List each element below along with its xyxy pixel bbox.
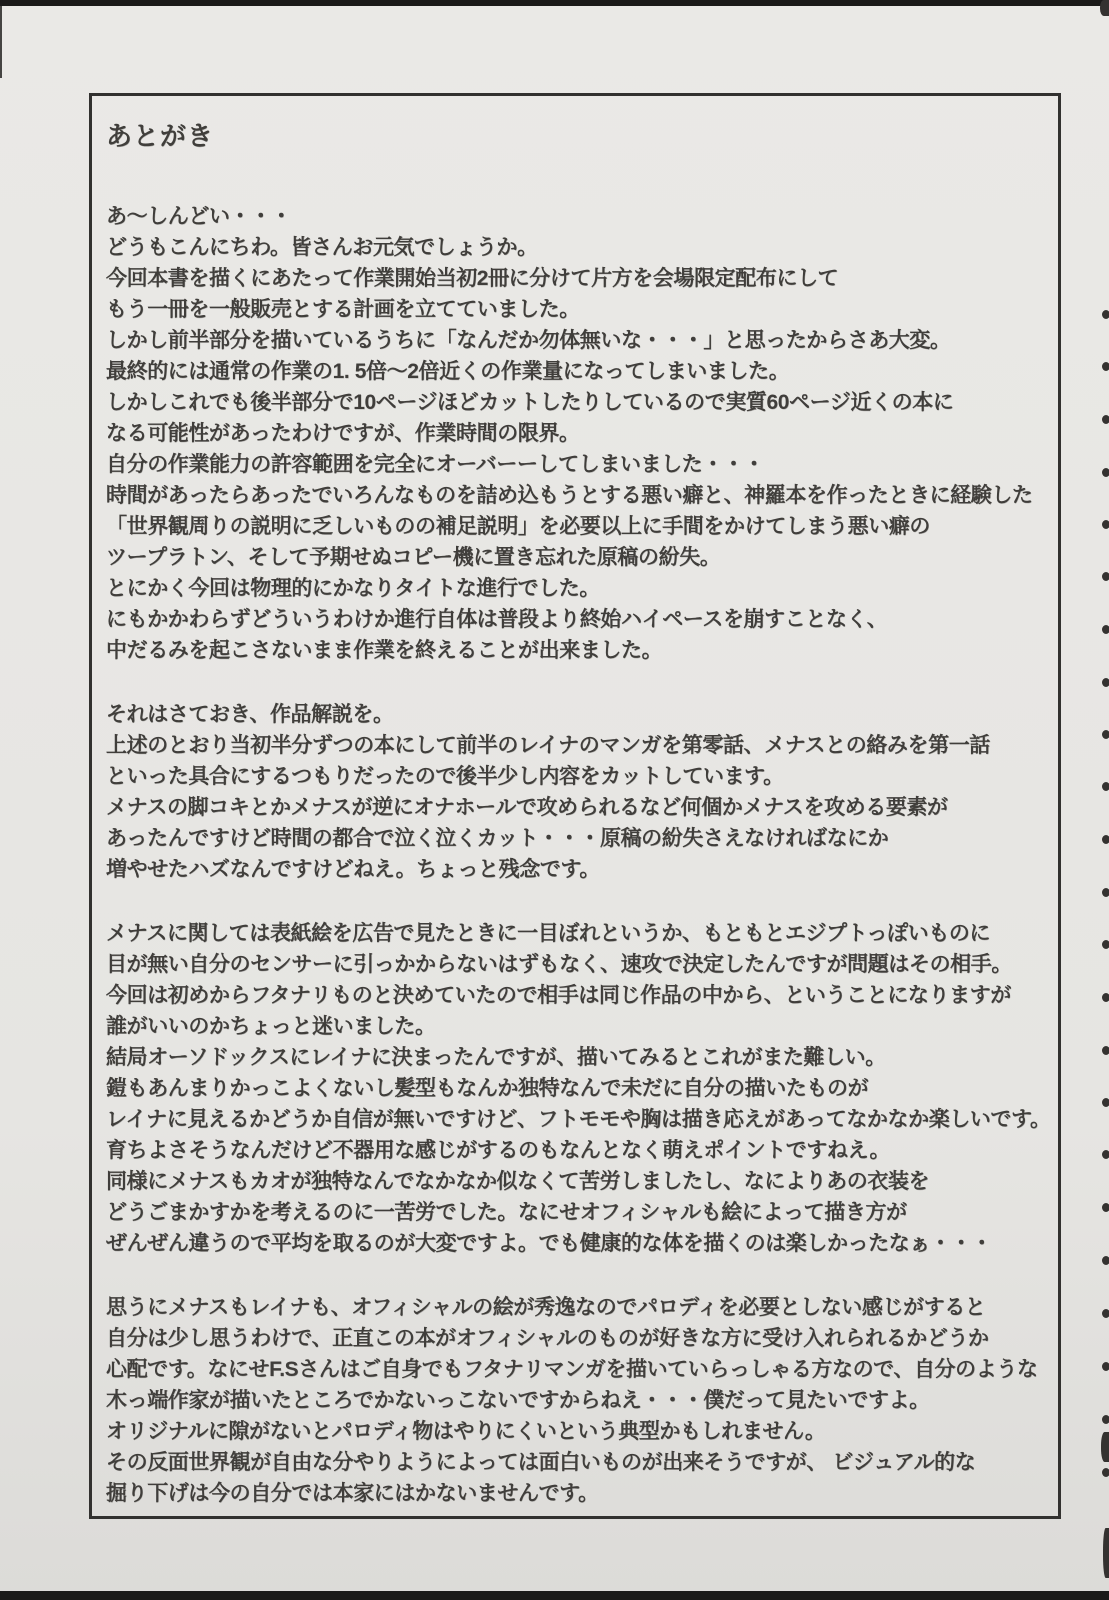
scan-speck [1102, 625, 1109, 634]
text-line: しかしこれでも後半部分で10ページほどカットしたりしているので実質60ページ近く… [106, 387, 1046, 418]
text-line: 鎧もあんまりかっこよくないし髪型もなんか独特なんで未だに自分の描いたものが [106, 1073, 1046, 1104]
scan-speck [1102, 940, 1109, 949]
text-line: あったんですけど時間の都合で泣く泣くカット・・・原稿の紛失さえなければなにか [106, 823, 1046, 854]
text-line: オリジナルに隙がないとパロディ物はやりにくいという典型かもしれません。 [106, 1416, 1046, 1447]
text-line: それはさておき、作品解説を。 [106, 699, 1046, 730]
paragraph: あ～しんどい・・・どうもこんにちわ。皆さんお元気でしょうか。今回本書を描くにあた… [106, 201, 1046, 666]
text-line: 最終的には通常の作業の1. 5倍～2倍近くの作業量になってしまいました。 [106, 356, 1046, 387]
text-line: ツープラトン、そして予期せぬコピー機に置き忘れた原稿の紛失。 [106, 542, 1046, 573]
scan-speck [1102, 468, 1109, 477]
text-line: どうごまかすかを考えるのに一苦労でした。なにせオフィシャルも絵によって描き方が [106, 1197, 1046, 1228]
text-line: とにかく今回は物理的にかなりタイトな進行でした。 [106, 573, 1046, 604]
text-line: あ～しんどい・・・ [106, 201, 1046, 232]
text-line: 上述のとおり当初半分ずつの本にして前半のレイナのマンガを第零話、メナスとの絡みを… [106, 730, 1046, 761]
scan-speck [1102, 782, 1109, 791]
text-line: 「世界観周りの説明に乏しいものの補足説明」を必要以上に手間をかけてしまう悪い癖の [106, 511, 1046, 542]
scanned-page: あとがき あ～しんどい・・・どうもこんにちわ。皆さんお元気でしょうか。今回本書を… [0, 0, 1109, 1600]
text-line: 自分は少し思うわけで、正直この本がオフィシャルのものが好きな方に受け入れられるか… [106, 1323, 1046, 1354]
text-line: もう一冊を一般販売とする計画を立てていました。 [106, 294, 1046, 325]
text-line: 心配です。なにせF.Sさんはご自身でもフタナリマンガを描いていらっしゃる方なので… [106, 1354, 1046, 1385]
scan-speck [1102, 1468, 1109, 1477]
scan-speck [1102, 1098, 1109, 1107]
scan-smudge [1103, 1528, 1109, 1578]
scan-speck [1102, 415, 1109, 424]
text-line: 結局オーソドックスにレイナに決まったんですが、描いてみるとこれがまた難しい。 [106, 1042, 1046, 1073]
scan-speck [1102, 1256, 1109, 1265]
text-line: 誰がいいのかちょっと迷いました。 [106, 1011, 1046, 1042]
text-line: メナスに関しては表紙絵を広告で見たときに一目ぼれというか、もともとエジプトっぽい… [106, 918, 1046, 949]
scan-speck [1102, 1415, 1109, 1424]
text-line: 自分の作業能力の許容範囲を完全にオーバーーしてしまいました・・・ [106, 449, 1046, 480]
scan-edge-top [0, 0, 1109, 6]
scan-speck [1102, 730, 1109, 739]
text-line: といった具合にするつもりだったので後半少し内容をカットしています。 [106, 761, 1046, 792]
text-line: 中だるみを起こさないまま作業を終えることが出来ました。 [106, 635, 1046, 666]
text-line: 木っ端作家が描いたところでかないっこないですからねえ・・・僕だって見たいですよ。 [106, 1385, 1046, 1416]
text-line: 今回は初めからフタナリものと決めていたので相手は同じ作品の中から、ということにな… [106, 980, 1046, 1011]
text-line: ぜんぜん違うので平均を取るのが大変ですよ。でも健康的な体を描くのは楽しかったなぁ… [106, 1228, 1046, 1259]
text-line: 育ちよさそうなんだけど不器用な感じがするのもなんとなく萌えポイントですねえ。 [106, 1135, 1046, 1166]
text-line: どうもこんにちわ。皆さんお元気でしょうか。 [106, 232, 1046, 263]
scan-speck [1102, 310, 1109, 319]
text-line: しかし前半部分を描いているうちに「なんだか勿体無いな・・・」と思ったからさあ大変… [106, 325, 1046, 356]
paragraph: メナスに関しては表紙絵を広告で見たときに一目ぼれというか、もともとエジプトっぽい… [106, 918, 1046, 1259]
text-line: 今回本書を描くにあたって作業開始当初2冊に分けて片方を会場限定配布にして [106, 263, 1046, 294]
scan-speck [1102, 835, 1109, 844]
scan-speck [1102, 678, 1109, 687]
page-title: あとがき [106, 116, 1046, 153]
scan-speck [1102, 1150, 1109, 1159]
text-line: その反面世界観が自由な分やりようによっては面白いものが出来そうですが、 ビジュア… [106, 1447, 1046, 1478]
scan-speck [1102, 572, 1109, 581]
text-line: にもかかわらずどういうわけか進行自体は普段より終始ハイペースを崩すことなく、 [106, 604, 1046, 635]
text-line: メナスの脚コキとかメナスが逆にオナホールで攻められるなど何個かメナスを攻める要素… [106, 792, 1046, 823]
text-line: なる可能性があったわけですが、作業時間の限界。 [106, 418, 1046, 449]
afterword-text: あ～しんどい・・・どうもこんにちわ。皆さんお元気でしょうか。今回本書を描くにあた… [106, 201, 1046, 1509]
scan-speck [1102, 520, 1109, 529]
scan-edge-bottom [0, 1591, 1109, 1600]
scan-speck [1102, 1203, 1109, 1212]
text-line: 時間があったらあったでいろんなものを詰め込もうとする悪い癖と、神羅本を作ったとき… [106, 480, 1046, 511]
text-line: 思うにメナスもレイナも、オフィシャルの絵が秀逸なのでパロディを必要としない感じが… [106, 1292, 1046, 1323]
scan-speck [1102, 993, 1109, 1002]
paragraph: 思うにメナスもレイナも、オフィシャルの絵が秀逸なのでパロディを必要としない感じが… [106, 1292, 1046, 1509]
text-line: 増やせたハズなんですけどねえ。ちょっと残念です。 [106, 854, 1046, 885]
paragraph: それはさておき、作品解説を。上述のとおり当初半分ずつの本にして前半のレイナのマン… [106, 699, 1046, 885]
scan-speck [1102, 888, 1109, 897]
text-line: 掘り下げは今の自分では本家にはかないませんです。 [106, 1478, 1046, 1509]
scan-smudge [1101, 1432, 1109, 1462]
text-line: 目が無い自分のセンサーに引っかからないはずもなく、速攻で決定したんですが問題はそ… [106, 949, 1046, 980]
scan-speck [1102, 362, 1109, 371]
scan-speck [1102, 1309, 1109, 1318]
scan-edge-left [0, 0, 2, 78]
scan-smudge [1100, 0, 1109, 16]
text-line: 同様にメナスもカオが独特なんでなかなか似なくて苦労しましたし、なによりあの衣装を [106, 1166, 1046, 1197]
page-border-frame: あとがき あ～しんどい・・・どうもこんにちわ。皆さんお元気でしょうか。今回本書を… [89, 93, 1061, 1519]
scan-speck [1102, 1362, 1109, 1371]
scan-speck [1102, 1046, 1109, 1055]
text-line: レイナに見えるかどうか自信が無いですけど、フトモモや胸は描き応えがあってなかなか… [106, 1104, 1046, 1135]
